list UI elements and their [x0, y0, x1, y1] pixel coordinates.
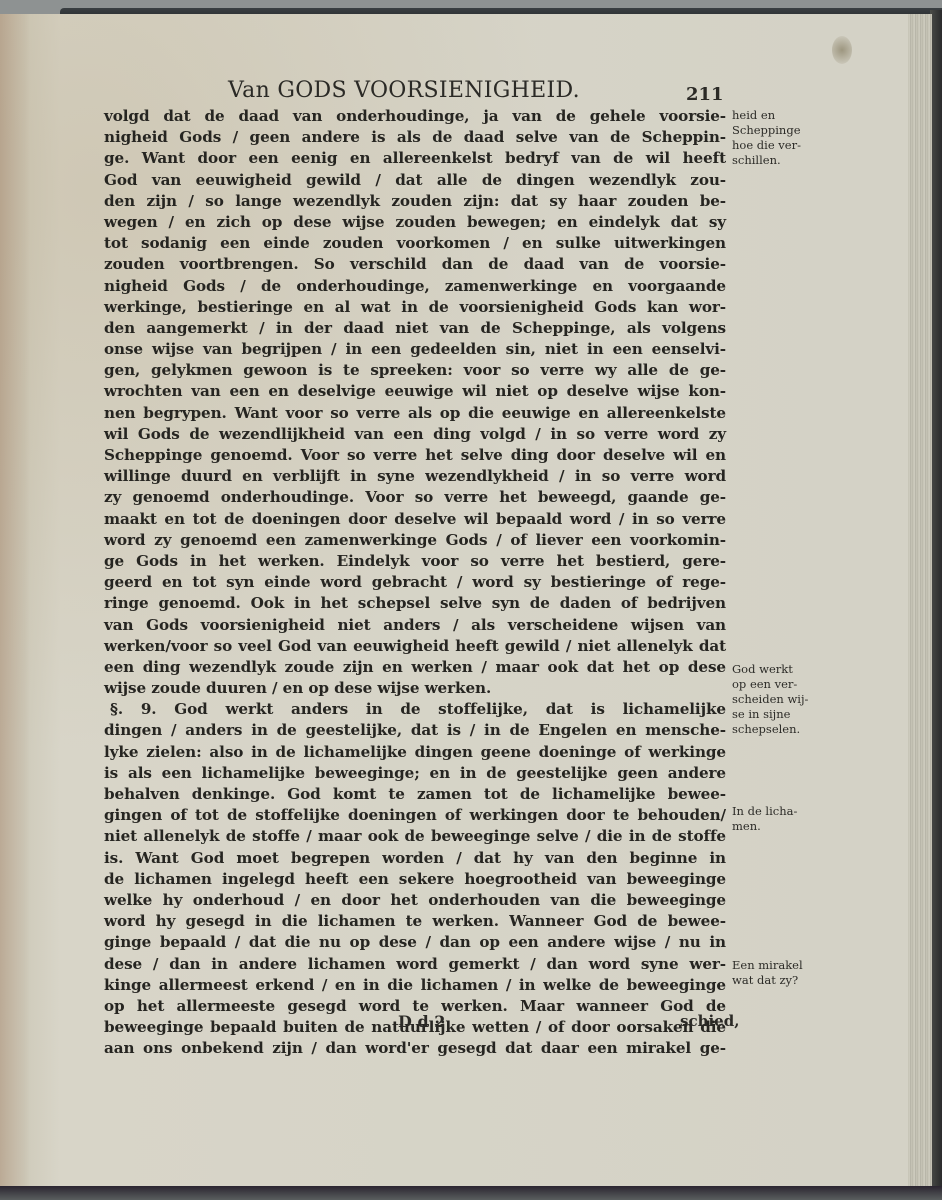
text-line: de lichamen ingelegd heeft een sekere ho… [104, 869, 726, 890]
text-line: ge. Want door een eenig en allereenkelst… [104, 148, 726, 169]
text-line: welke hy onderhoud / en door het onderho… [104, 890, 726, 911]
text-line: nen begrypen. Want voor so verre als op … [104, 403, 726, 424]
text-line: God van eeuwigheid gewild / dat alle de … [104, 170, 726, 191]
margin-note-bodies: In de licha- men. [732, 804, 820, 834]
text-line: ge Gods in het werken. Eindelyk voor so … [104, 551, 726, 572]
text-line: volgd dat de daad van onderhoudinge, ja … [104, 106, 726, 127]
text-line: ringe genoemd. Ook in het schepsel selve… [104, 593, 726, 614]
text-line: kinge allermeest erkend / en in die lich… [104, 975, 726, 996]
paper-stain [832, 36, 852, 64]
text-line: behalven denkinge. God komt te zamen tot… [104, 784, 726, 805]
text-line: maakt en tot de doeningen door deselve w… [104, 509, 726, 530]
text-line: willinge duurd en verblijft in syne weze… [104, 466, 726, 487]
text-line: dingen / anders in de geestelijke, dat i… [104, 720, 726, 741]
text-line: wijse zoude duuren / en op dese wijse we… [104, 678, 726, 699]
text-line: niet allenelyk de stoffe / maar ook de b… [104, 826, 726, 847]
text-line: gen, gelykmen gewoon is te spreeken: voo… [104, 360, 726, 381]
text-line: onse wijse van begrijpen / in een gedeel… [104, 339, 726, 360]
text-line: gingen of tot de stoffelijke doeningen o… [104, 805, 726, 826]
catchword: schied, [680, 1012, 739, 1030]
page-number: 211 [686, 84, 724, 105]
text-line: tot sodanig een einde zouden voorkomen /… [104, 233, 726, 254]
text-line: wrochten van een en deselvige eeuwige wi… [104, 381, 726, 402]
book-cover-bottom-edge [0, 1186, 942, 1200]
text-line: van Gods voorsienigheid niet anders / al… [104, 615, 726, 636]
text-line: nigheid Gods / de onderhoudinge, zamenwe… [104, 276, 726, 297]
text-line: dese / dan in andere lichamen word gemer… [104, 954, 726, 975]
text-line: aan ons onbekend zijn / dan word'er gese… [104, 1038, 726, 1059]
text-line: Scheppinge genoemd. Voor so verre het se… [104, 445, 726, 466]
text-line: ginge bepaald / dat die nu op dese / dan… [104, 932, 726, 953]
text-line: den aangemerkt / in der daad niet van de… [104, 318, 726, 339]
running-head: Van GODS VOORSIENIGHEID. [228, 78, 580, 103]
text-line: word zy genoemd een zamenwerkinge Gods /… [104, 530, 726, 551]
text-line: is. Want God moet begrepen worden / dat … [104, 848, 726, 869]
section-9-start: §. 9. God werkt anders in de stoffelijke… [104, 699, 726, 720]
margin-note-god-works: God werkt op een ver- scheiden wij- se i… [732, 662, 820, 737]
text-line: word hy gesegd in die lichamen te werken… [104, 911, 726, 932]
text-line: wil Gods de wezendlijkheid van een ding … [104, 424, 726, 445]
text-line: is als een lichamelijke beweeginge; en i… [104, 763, 726, 784]
text-line: nigheid Gods / geen andere is als de daa… [104, 127, 726, 148]
text-line: werkinge, bestieringe en al wat in de vo… [104, 297, 726, 318]
printer-signature: D d 2 [398, 1012, 445, 1031]
margin-note-miracle: Een mirakel wat dat zy? [732, 958, 820, 988]
text-line: werken/voor so veel God van eeuwigheid h… [104, 636, 726, 657]
text-line: lyke zielen: also in de lichamelijke din… [104, 742, 726, 763]
page-stack-edge [906, 14, 932, 1186]
text-line: een ding wezendlyk zoude zijn en werken … [104, 657, 726, 678]
text-line: zouden voortbrengen. So verschild dan de… [104, 254, 726, 275]
text-line: wegen / en zich op dese wijse zouden bew… [104, 212, 726, 233]
gutter-shadow [0, 14, 30, 1186]
text-line: den zijn / so lange wezendlyk zouden zij… [104, 191, 726, 212]
text-line: geerd en tot syn einde word gebracht / w… [104, 572, 726, 593]
text-line: zy genoemd onderhoudinge. Voor so verre … [104, 487, 726, 508]
margin-note-creation: heid en Scheppinge hoe die ver- schillen… [732, 108, 820, 168]
body-text: volgd dat de daad van onderhoudinge, ja … [104, 106, 726, 1059]
